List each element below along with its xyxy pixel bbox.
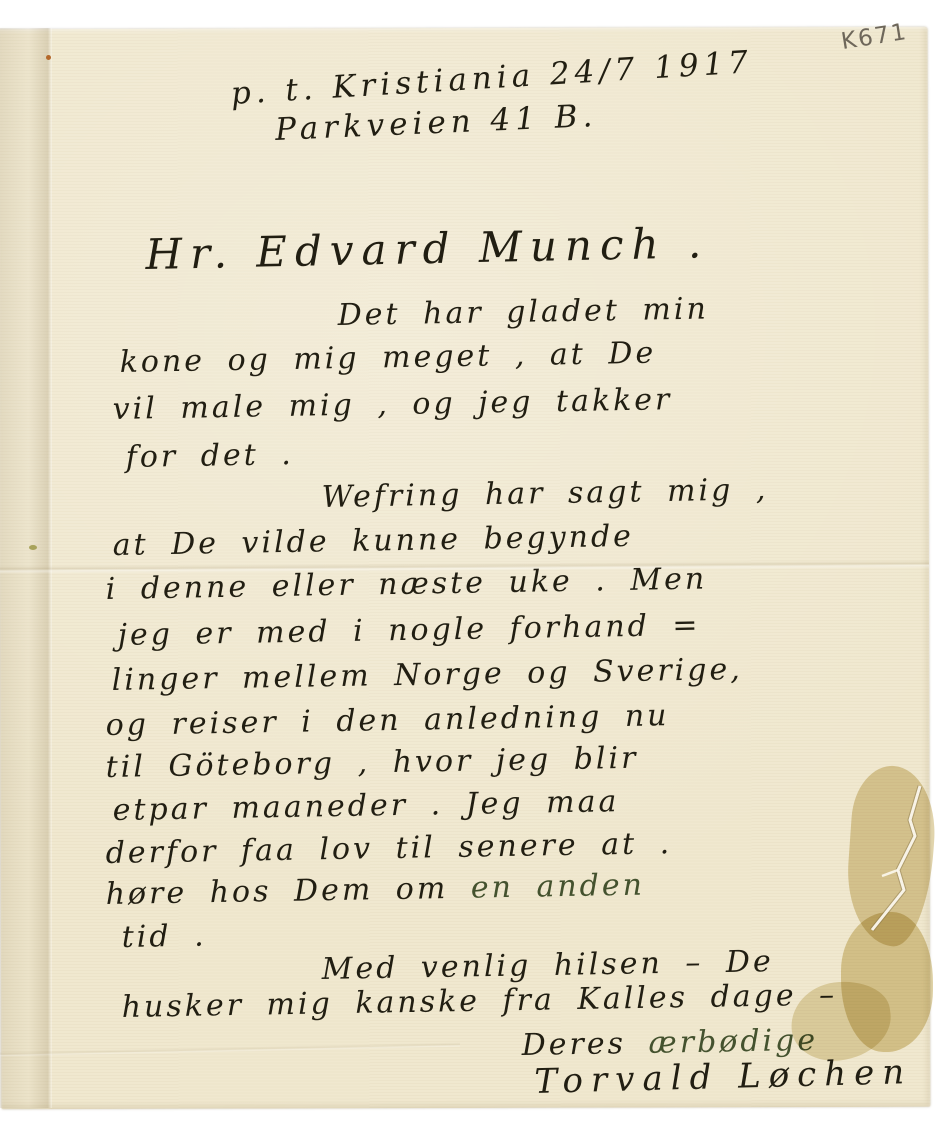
green-ink-text: en anden (471, 868, 646, 906)
letter-line-text: Det har gladet min (337, 292, 709, 333)
ink-speck (29, 545, 37, 550)
letter-line: Det har gladet min (337, 292, 709, 333)
rust-speck (46, 55, 51, 60)
letter-line-text: for det . (125, 437, 294, 475)
letter-line-text: tid . (121, 919, 207, 955)
letter-line-text: Deres (521, 1026, 648, 1063)
letter-line: tid . (121, 919, 207, 955)
scan-background: K671 p. t. Kristiania 24/7 1917 Parkveie… (0, 0, 950, 1132)
letter-line-text: høre hos Dem om (105, 871, 471, 912)
tear-line (838, 758, 938, 968)
letter-line: for det . (125, 437, 294, 475)
